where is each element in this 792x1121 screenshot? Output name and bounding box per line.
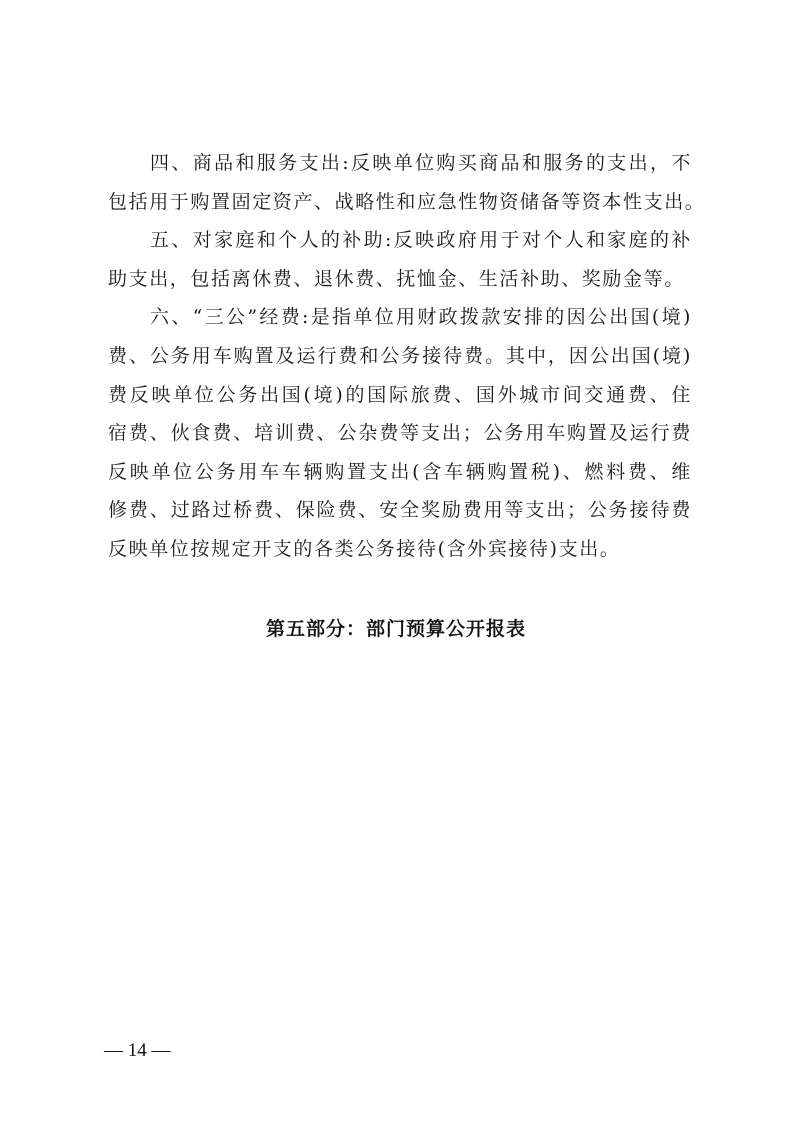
paragraph-three-public-line-2: 费、公务用车购置及运行费和公务接待费。其中，因公出国(境) <box>108 337 692 376</box>
paragraph-three-public-line-3: 费反映单位公务出国(境)的国际旅费、国外城市间交通费、住 <box>108 376 692 415</box>
paragraph-goods-services-line-1: 四、商品和服务支出:反映单位购买商品和服务的支出，不 <box>108 144 692 183</box>
document-page: 四、商品和服务支出:反映单位购买商品和服务的支出，不 包括用于购置固定资产、战略… <box>0 0 792 1121</box>
paragraph-three-public-line-5: 反映单位公务用车车辆购置支出(含车辆购置税)、燃料费、维 <box>108 453 692 492</box>
paragraph-three-public-line-4: 宿费、伙食费、培训费、公杂费等支出；公务用车购置及运行费 <box>108 414 692 453</box>
paragraph-three-public-line-7: 反映单位按规定开支的各类公务接待(含外宾接待)支出。 <box>108 530 692 569</box>
body-text: 四、商品和服务支出:反映单位购买商品和服务的支出，不 包括用于购置固定资产、战略… <box>108 144 692 569</box>
section-heading: 第五部分：部门预算公开报表 <box>0 614 792 641</box>
page-number: — 14 — <box>104 1040 171 1062</box>
paragraph-three-public-line-1: 六、“三公”经费:是指单位用财政拨款安排的因公出国(境) <box>108 298 692 337</box>
paragraph-household-subsidies-line-2: 助支出，包括离休费、退休费、抚恤金、生活补助、奖励金等。 <box>108 260 692 299</box>
paragraph-three-public-line-6: 修费、过路过桥费、保险费、安全奖励费用等支出；公务接待费 <box>108 491 692 530</box>
paragraph-goods-services-line-2: 包括用于购置固定资产、战略性和应急性物资储备等资本性支出。 <box>108 183 692 222</box>
paragraph-household-subsidies-line-1: 五、对家庭和个人的补助:反映政府用于对个人和家庭的补 <box>108 221 692 260</box>
